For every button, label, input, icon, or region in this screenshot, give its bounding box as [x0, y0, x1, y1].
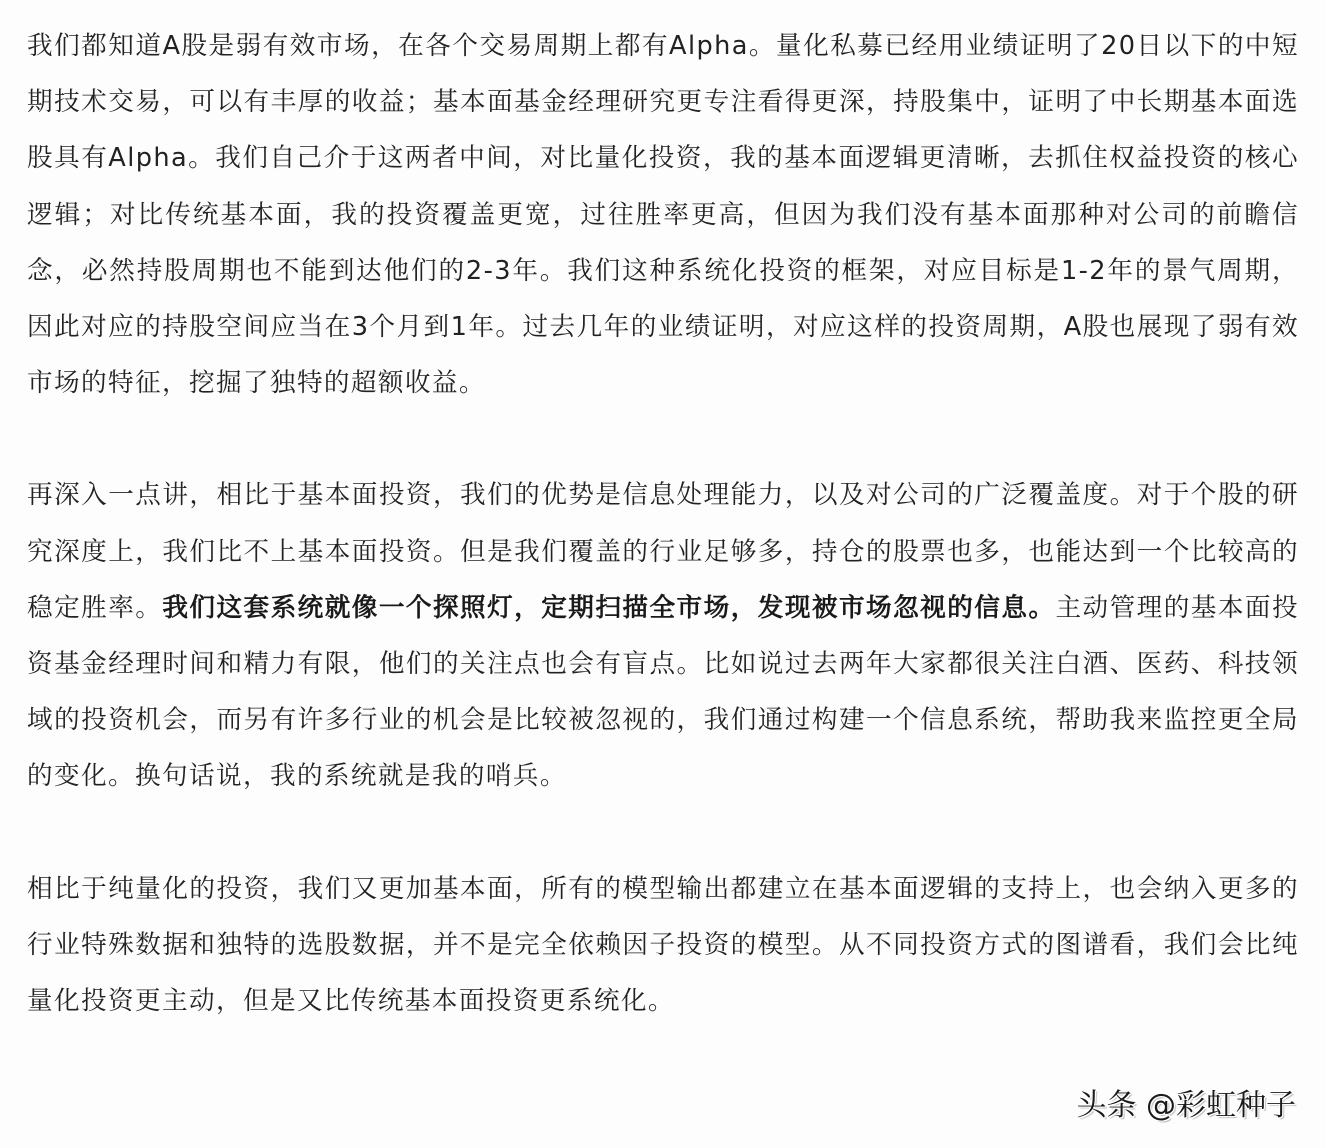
paragraph-2: 再深入一点讲，相比于基本面投资，我们的优势是信息处理能力，以及对公司的广泛覆盖度…: [27, 467, 1299, 804]
paragraph-1: 我们都知道A股是弱有效市场，在各个交易周期上都有Alpha。量化私募已经用业绩证…: [27, 18, 1299, 411]
toutiao-watermark: 头条 @彩虹种子: [1076, 1080, 1296, 1124]
paragraph-3: 相比于纯量化的投资，我们又更加基本面，所有的模型输出都建立在基本面逻辑的支持上，…: [27, 861, 1299, 1030]
paragraph-text: 相比于纯量化的投资，我们又更加基本面，所有的模型输出都建立在基本面逻辑的支持上，…: [27, 874, 1299, 1016]
bold-highlight-text: 我们这套系统就像一个探照灯，定期扫描全市场，发现被市场忽视的信息。: [162, 593, 1055, 623]
article-body: 我们都知道A股是弱有效市场，在各个交易周期上都有Alpha。量化私募已经用业绩证…: [27, 18, 1299, 1029]
paragraph-text: 我们都知道A股是弱有效市场，在各个交易周期上都有Alpha。量化私募已经用业绩证…: [27, 31, 1299, 398]
